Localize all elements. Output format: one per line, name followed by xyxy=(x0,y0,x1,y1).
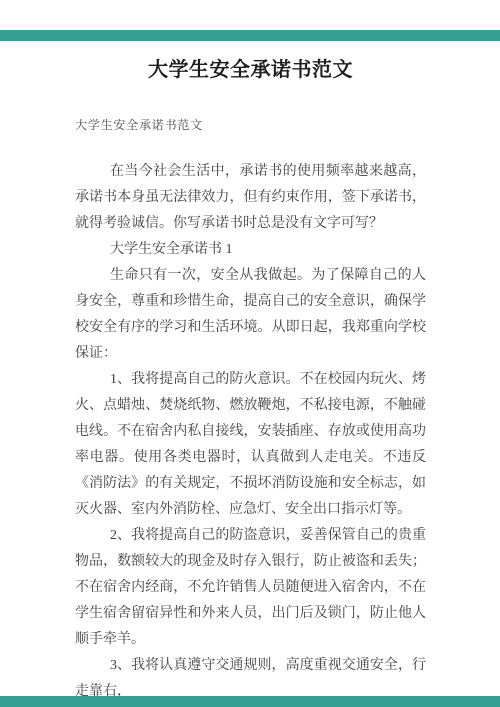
paragraph-pledge-intro: 生命只有一次，安全从我做起。为了保障自己的人身安全，尊重和珍惜生命，提高自己的安… xyxy=(75,263,426,367)
page-title: 大学生安全承诺书范文 xyxy=(75,55,426,85)
top-accent-bar xyxy=(0,30,500,41)
paragraph-item-1-fire-safety: 1、我将提高自己的防火意识。不在校园内玩火、烤火、点蜡烛、焚烧纸物、燃放鞭炮，不… xyxy=(75,367,426,523)
paragraph-intro: 在当今社会生活中，承诺书的使用频率越来越高，承诺书本身虽无法律效力，但有约束作用… xyxy=(75,159,426,237)
document-subtitle: 大学生安全承诺书范文 xyxy=(75,117,426,133)
section-heading: 大学生安全承诺书 1 xyxy=(75,237,426,263)
paragraph-item-2-theft-prevention: 2、我将提高自己的防盗意识，妥善保管自己的贵重物品，数额较大的现金及时存入银行，… xyxy=(75,523,426,653)
document-content: 大学生安全承诺书范文 大学生安全承诺书范文 在当今社会生活中，承诺书的使用频率越… xyxy=(75,55,426,705)
bottom-accent-bar xyxy=(0,696,500,707)
document-body: 在当今社会生活中，承诺书的使用频率越来越高，承诺书本身虽无法律效力，但有约束作用… xyxy=(75,159,426,705)
document-page: 大学生安全承诺书范文 大学生安全承诺书范文 在当今社会生活中，承诺书的使用频率越… xyxy=(0,0,500,707)
